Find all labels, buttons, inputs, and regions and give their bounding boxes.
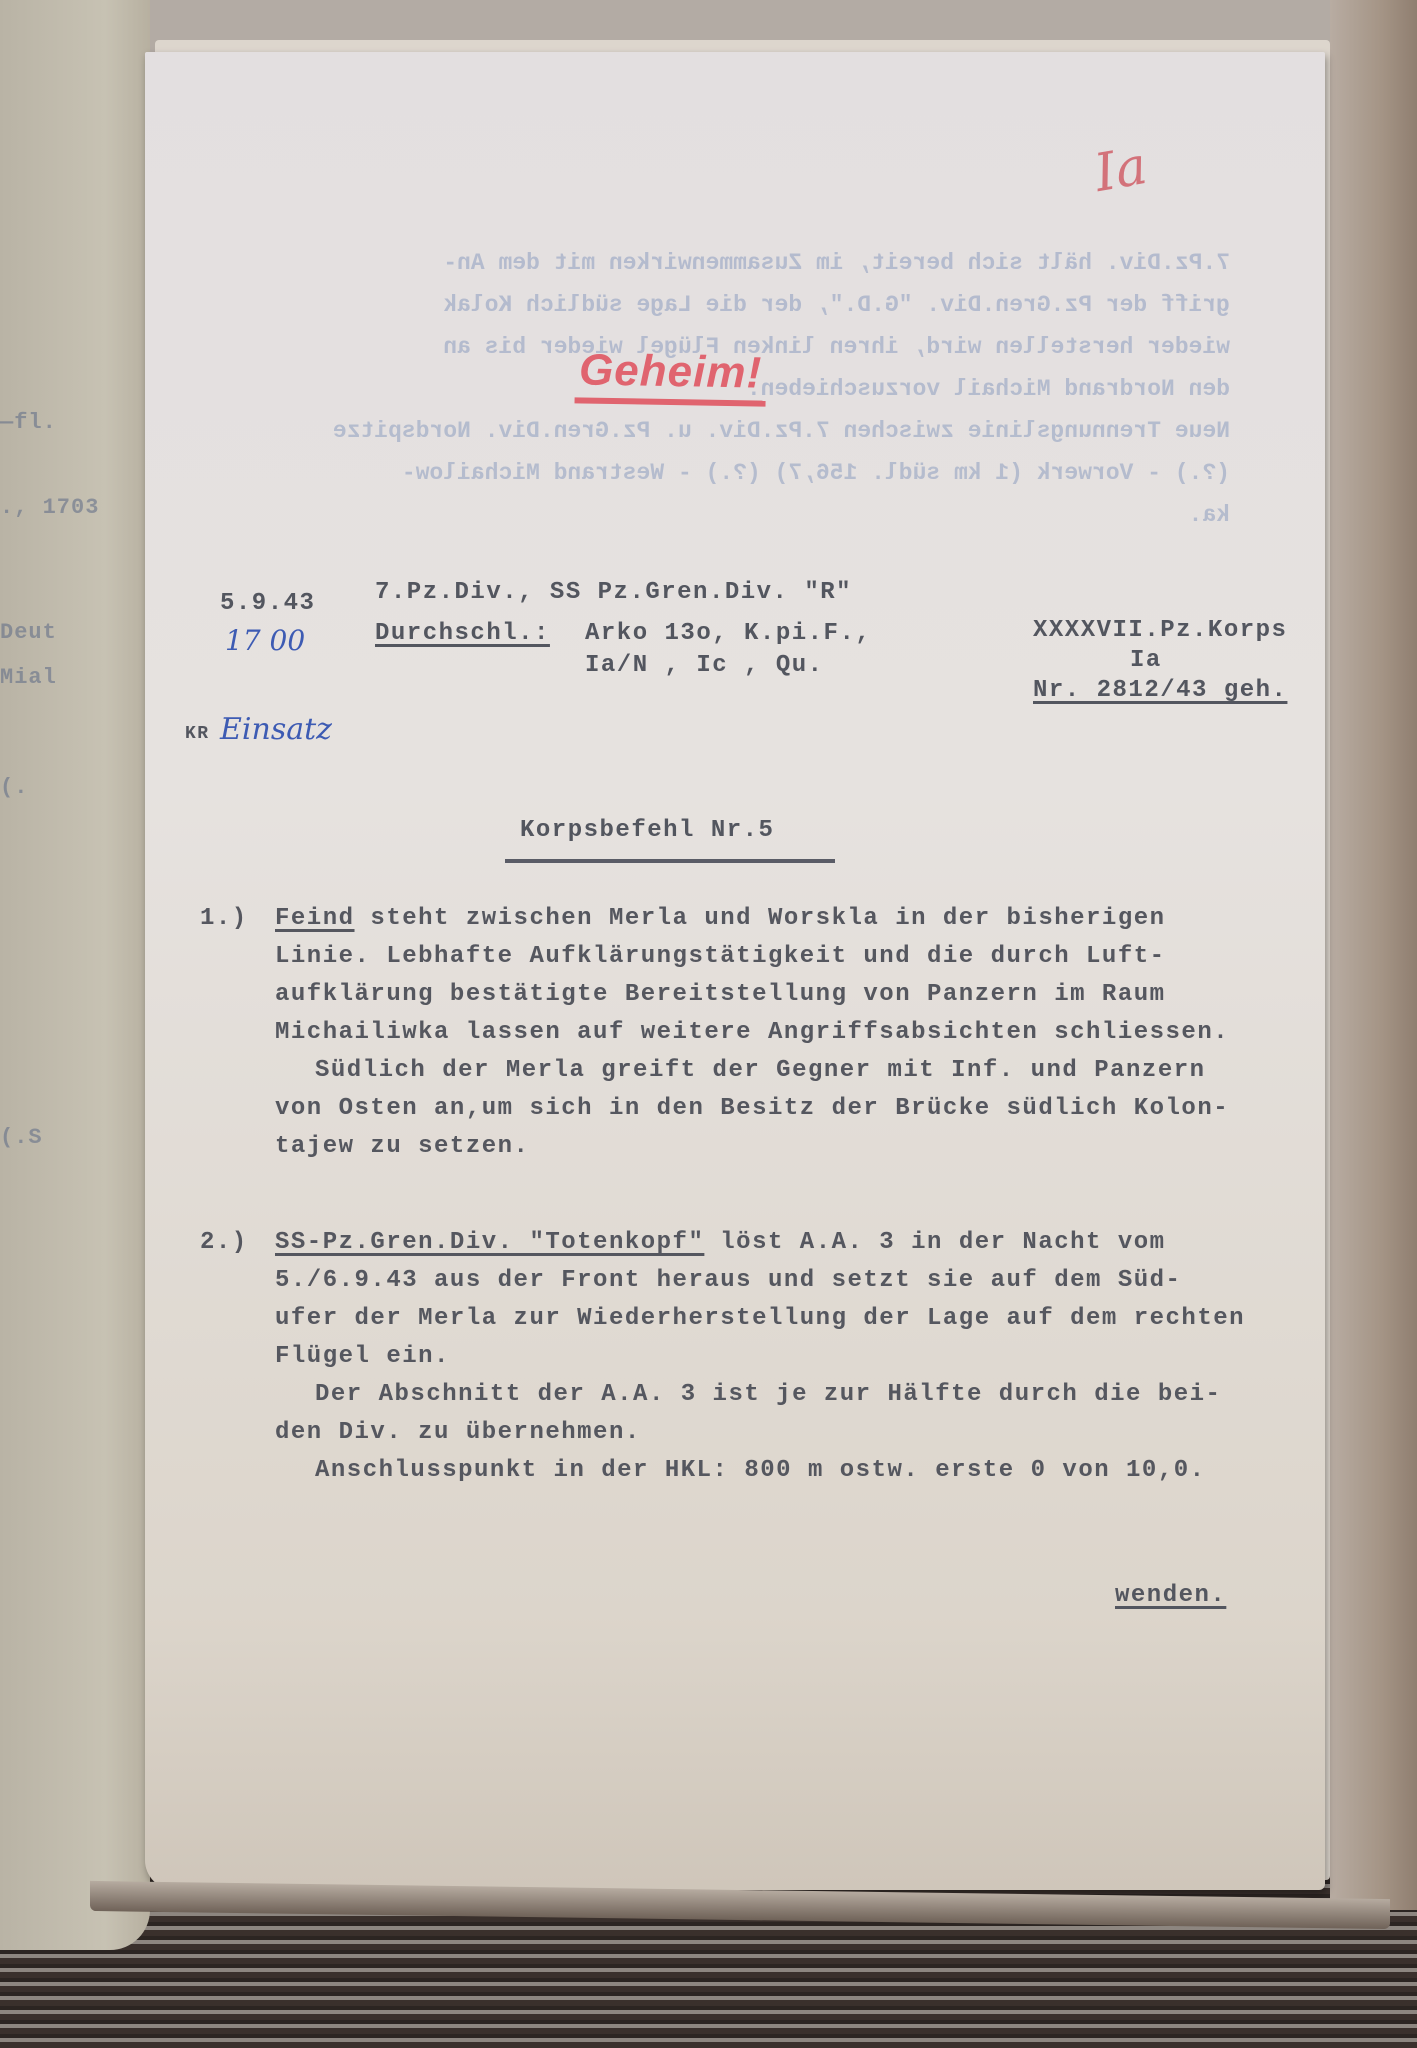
section-2: 2.) SS-Pz.Gren.Div. "Totenkopf" löst A.A… bbox=[275, 1224, 1335, 1490]
secret-stamp: Geheim! bbox=[575, 345, 767, 406]
handwritten-time: 17 00 bbox=[225, 624, 305, 657]
left-page-fragment: (. bbox=[0, 775, 28, 800]
left-page-fragment: Deut bbox=[0, 620, 57, 645]
bleed-through-line: 7.Pz.Div. hält sich bereit, im Zusammenw… bbox=[230, 250, 1230, 276]
bleed-through-line: ka. bbox=[230, 502, 1230, 528]
section-line: ufer der Merla zur Wiederherstellung der… bbox=[275, 1300, 1335, 1338]
recipients-line: 7.Pz.Div., SS Pz.Gren.Div. "R" bbox=[375, 579, 852, 606]
section-line: aufklärung bestätigte Bereitstellung von… bbox=[275, 976, 1335, 1014]
issuing-unit: XXXXVII.Pz.Korps bbox=[1033, 617, 1287, 644]
order-title: Korpsbefehl Nr.5 bbox=[520, 817, 774, 844]
section-line: Michailiwka lassen auf weitere Angriffsa… bbox=[275, 1014, 1335, 1052]
copies-line-1: Arko 13o, K.pi.F., bbox=[585, 620, 871, 647]
section-line: löst A.A. 3 in der Nacht vom bbox=[704, 1229, 1165, 1256]
section-line: Anschlusspunkt in der HKL: 800 m ostw. e… bbox=[275, 1452, 1335, 1490]
issuing-section: Ia bbox=[1130, 647, 1162, 674]
handwritten-ia-mark: Ia bbox=[1090, 136, 1151, 204]
section-lead: SS-Pz.Gren.Div. "Totenkopf" bbox=[275, 1229, 704, 1256]
section-lead: Feind bbox=[275, 905, 355, 932]
section-number: 1.) bbox=[200, 900, 248, 938]
section-line: 5./6.9.43 aus der Front heraus und setzt… bbox=[275, 1262, 1335, 1300]
title-underline bbox=[505, 859, 835, 863]
reference-number: Nr. 2812/43 geh. bbox=[1033, 677, 1287, 704]
section-line: Südlich der Merla greift der Gegner mit … bbox=[275, 1052, 1335, 1090]
document-page: 7.Pz.Div. hält sich bereit, im Zusammenw… bbox=[145, 52, 1325, 1890]
background-folder-edge bbox=[1330, 0, 1417, 1910]
section-line: den Div. zu übernehmen. bbox=[275, 1414, 1335, 1452]
section-number: 2.) bbox=[200, 1224, 248, 1262]
section-line: tajew zu setzen. bbox=[275, 1128, 1335, 1166]
turn-over-note: wenden. bbox=[1115, 1582, 1226, 1609]
left-page-fragment: Mial bbox=[0, 665, 57, 690]
left-facing-page: —fl. ., 1703 Deut Mial (. (.S bbox=[0, 0, 150, 1950]
copies-line-2: Ia/N , Ic , Qu. bbox=[585, 652, 824, 679]
bleed-through-line: griff der Pz.Gren.Div. "G.D.", der die L… bbox=[230, 292, 1230, 318]
handwritten-signature: Einsatz bbox=[220, 712, 332, 747]
section-line: von Osten an,um sich in den Besitz der B… bbox=[275, 1090, 1335, 1128]
section-line: Der Abschnitt der A.A. 3 ist je zur Hälf… bbox=[275, 1376, 1335, 1414]
left-page-fragment: (.S bbox=[0, 1125, 43, 1150]
left-page-fragment: ., 1703 bbox=[0, 495, 99, 520]
order-date: 5.9.43 bbox=[220, 590, 315, 617]
bleed-through-line: Neue Trennungslinie zwischen 7.Pz.Div. u… bbox=[230, 418, 1230, 444]
section-line: steht zwischen Merla und Worskla in der … bbox=[355, 905, 1166, 932]
section-line: Linie. Lebhafte Aufklärungstätigkeit und… bbox=[275, 938, 1335, 976]
copies-label: Durchschl.: bbox=[375, 620, 550, 647]
bleed-through-line: (?.) - Vorwerk (1 km südl. 156,7) (?.) -… bbox=[230, 460, 1230, 486]
section-line: Flügel ein. bbox=[275, 1338, 1335, 1376]
typed-initials: KR bbox=[185, 724, 210, 744]
left-page-fragment: —fl. bbox=[0, 410, 57, 435]
section-1: 1.) Feind steht zwischen Merla und Worsk… bbox=[275, 900, 1335, 1166]
